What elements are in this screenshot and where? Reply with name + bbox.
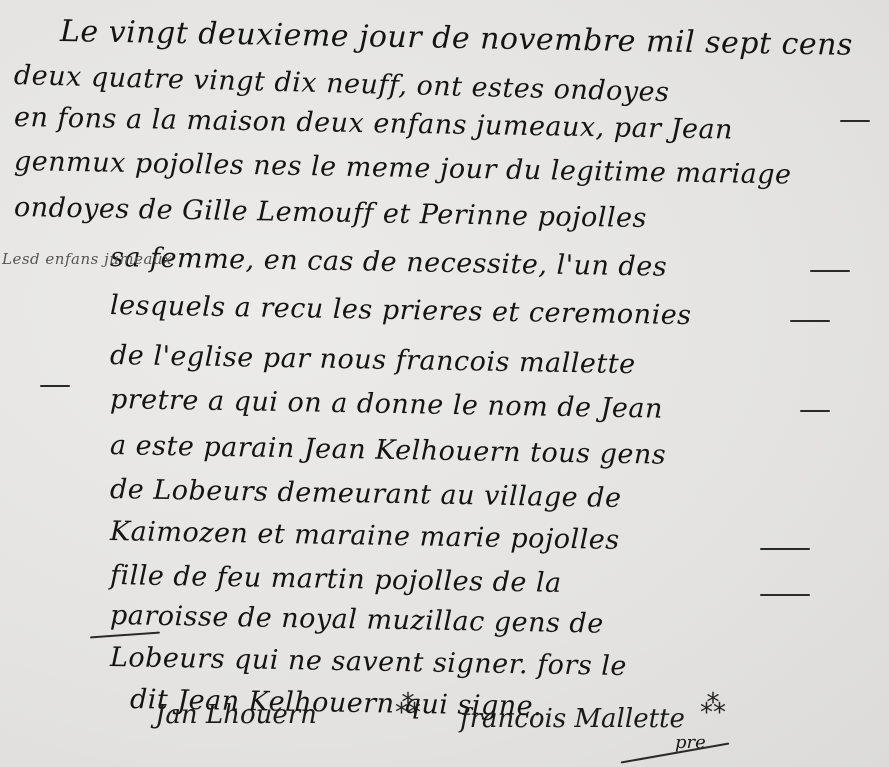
signature-priest: francois Mallette [460, 704, 685, 734]
text-line-1: Le vingt deuxieme jour de novembre mil s… [60, 14, 853, 63]
line-filler [810, 270, 850, 272]
text-line-15: Lobeurs qui ne savent signer. fors le [110, 642, 627, 682]
line-filler [760, 548, 810, 550]
text-line-7: lesquels a recu les prieres et ceremonie… [110, 290, 692, 331]
text-line-2: deux quatre vingt dix neuff, ont estes o… [14, 60, 670, 108]
line-filler [40, 385, 70, 387]
line-filler [90, 632, 160, 639]
text-line-6: sa femme, en cas de necessite, l'un des [110, 242, 668, 283]
text-line-4: genmux pojolles nes le meme jour du legi… [14, 146, 792, 191]
text-line-12: Kaimozen et maraine marie pojolles [110, 516, 620, 556]
line-filler [760, 594, 810, 596]
text-line-8: de l'eglise par nous francois mallette [110, 340, 636, 380]
line-filler [800, 410, 830, 412]
text-line-14: paroisse de noyal muzillac gens de [110, 600, 604, 640]
text-line-11: de Lobeurs demeurant au village de [110, 474, 622, 514]
margin-note-1: Lesd enfans jumeaux [2, 250, 172, 268]
manuscript-page: Le vingt deuxieme jour de novembre mil s… [0, 0, 889, 767]
text-line-9: pretre a qui on a donne le nom de Jean [110, 384, 663, 425]
signature-flourish-icon: ⁂ [395, 690, 421, 720]
signature-witness: Jan Lhouern [155, 700, 317, 730]
text-line-13: fille de feu martin pojolles de la [110, 560, 562, 599]
text-line-5: ondoyes de Gille Lemouff et Perinne pojo… [14, 192, 647, 234]
line-filler [790, 320, 830, 322]
text-line-10: a este parain Jean Kelhouern tous gens [110, 430, 667, 471]
line-filler [840, 120, 870, 122]
signature-flourish-icon: ⁂ [700, 690, 726, 720]
text-line-3: en fons a la maison deux enfans jumeaux,… [14, 102, 734, 146]
